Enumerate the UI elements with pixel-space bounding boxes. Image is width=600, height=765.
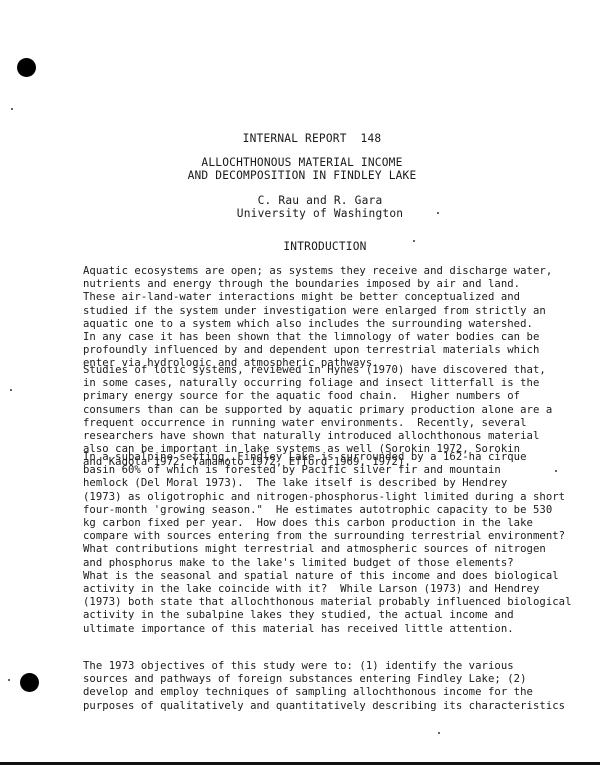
text-line: What contributions might terrestrial and… xyxy=(83,543,600,556)
paragraph-1: Aquatic ecosystems are open; as systems … xyxy=(83,265,600,371)
text-line: What is the seasonal and spatial nature … xyxy=(83,570,600,583)
text-line: studied if the system under investigatio… xyxy=(83,305,600,318)
text-line: frequent occurrence in running water env… xyxy=(83,417,600,430)
scan-speck xyxy=(8,679,10,681)
text-line: four-month 'growing season." He estimate… xyxy=(83,504,600,517)
text-line: develop and employ techniques of samplin… xyxy=(83,686,600,699)
text-line: In a subalpine setting, Findley Lake is … xyxy=(83,451,600,464)
report-number: INTERNAL REPORT 148 xyxy=(12,132,600,145)
section-heading-introduction: INTRODUCTION xyxy=(25,240,600,253)
scan-speck xyxy=(438,732,440,734)
text-line: primary energy source for the aquatic fo… xyxy=(83,390,600,403)
text-line: consumers than can be supported by aquat… xyxy=(83,404,600,417)
text-line: nutrients and energy through the boundar… xyxy=(83,278,600,291)
document-title-line-1: ALLOCHTHONOUS MATERIAL INCOME xyxy=(2,156,600,169)
text-line: aquatic one to a system which also inclu… xyxy=(83,318,600,331)
text-line: sources and pathways of foreign substanc… xyxy=(83,673,600,686)
text-line: Studies of lotic systems, reviewed in Hy… xyxy=(83,364,600,377)
text-line: basin 60% of which is forested by Pacifi… xyxy=(83,464,600,477)
text-line: profoundly influenced by and dependent u… xyxy=(83,344,600,357)
document-title-line-2: AND DECOMPOSITION IN FINDLEY LAKE xyxy=(2,169,600,182)
text-line: kg carbon fixed per year. How does this … xyxy=(83,517,600,530)
punch-hole-bottom xyxy=(20,673,39,692)
scan-speck xyxy=(11,108,13,110)
paragraph-3: In a subalpine setting, Findley Lake is … xyxy=(83,451,600,636)
authors: C. Rau and R. Gara xyxy=(20,194,600,207)
text-line: in some cases, naturally occurring folia… xyxy=(83,377,600,390)
text-line: These air-land-water interactions might … xyxy=(83,291,600,304)
text-line: and phosphorus make to the lake's limite… xyxy=(83,557,600,570)
text-line: hemlock (Del Moral 1973). The lake itsel… xyxy=(83,477,600,490)
punch-hole-top xyxy=(17,58,36,77)
text-line: activity in the lake coincide with it? W… xyxy=(83,583,600,596)
text-line: In any case it has been shown that the l… xyxy=(83,331,600,344)
text-line: The 1973 objectives of this study were t… xyxy=(83,660,600,673)
text-line: ultimate importance of this material has… xyxy=(83,623,600,636)
text-line: activity in the subalpine lakes they stu… xyxy=(83,609,600,622)
text-line: purposes of qualitatively and quantitati… xyxy=(83,700,600,713)
text-line: compare with sources entering from the s… xyxy=(83,530,600,543)
text-line: (1973) as oligotrophic and nitrogen-phos… xyxy=(83,491,600,504)
text-line: researchers have shown that naturally in… xyxy=(83,430,600,443)
paragraph-4: The 1973 objectives of this study were t… xyxy=(83,660,600,713)
scan-speck xyxy=(10,389,12,391)
text-line: (1973) both state that allochthonous mat… xyxy=(83,596,600,609)
text-line: Aquatic ecosystems are open; as systems … xyxy=(83,265,600,278)
affiliation: University of Washington xyxy=(20,207,600,220)
